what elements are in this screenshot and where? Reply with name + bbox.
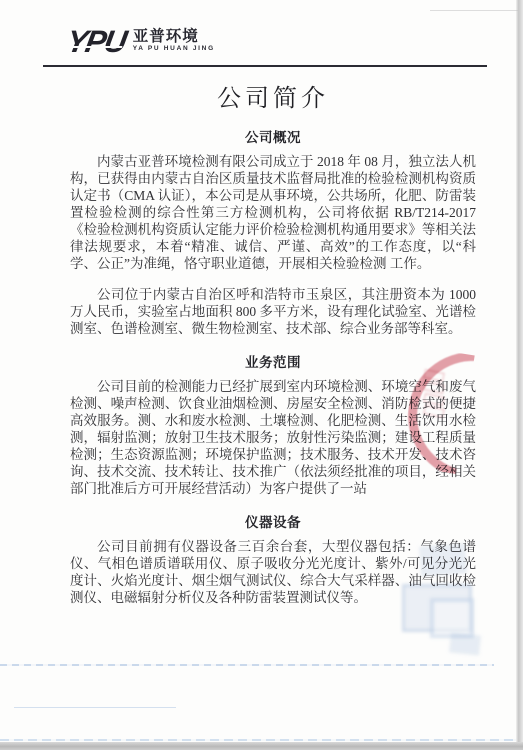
scan-fold-line xyxy=(0,664,494,666)
document-content: 公司简介 公司概况 内蒙古亚普环境检测有限公司成立于 2018 年 08 月，独… xyxy=(70,64,476,620)
section-heading: 仪器设备 xyxy=(70,511,476,531)
paragraph: 公司目前拥有仪器设备三百余台套，大型仪器包括：气象色谱仪、气相色谱质谱联用仪、原… xyxy=(70,538,476,606)
scan-fold-line xyxy=(0,739,516,741)
logo-brand-chinese: 亚普环境 xyxy=(133,28,215,45)
section-heading: 公司概况 xyxy=(70,126,476,146)
section-heading: 业务范围 xyxy=(70,351,476,371)
logo-brand-block: 亚普环境 YA PU HUAN JING xyxy=(133,27,215,52)
logo-mark-icon: YPU xyxy=(64,27,135,57)
paragraph: 公司目前的检测能力已经扩展到室内环境检测、环境空气和废气检测、噪声检测、饮食业油… xyxy=(70,378,476,497)
section-company-overview: 公司概况 内蒙古亚普环境检测有限公司成立于 2018 年 08 月，独立法人机构… xyxy=(70,126,476,337)
logo-brand-english: YA PU HUAN JING xyxy=(133,45,215,52)
page-right-edge xyxy=(516,0,523,750)
section-instruments: 仪器设备 公司目前拥有仪器设备三百余台套，大型仪器包括：气象色谱仪、气相色谱质谱… xyxy=(70,511,476,606)
company-logo: YPU 亚普环境 YA PU HUAN JING xyxy=(67,27,487,60)
paragraph: 公司位于内蒙古自治区呼和浩特市玉泉区，其注册资本为 1000 万人民币，实验室占… xyxy=(70,286,476,337)
page-bottom-edge xyxy=(0,742,523,750)
section-business-scope: 业务范围 公司目前的检测能力已经扩展到室内环境检测、环境空气和废气检测、噪声检测… xyxy=(70,351,476,497)
scan-fold-line xyxy=(14,707,176,708)
document-header: YPU 亚普环境 YA PU HUAN JING xyxy=(43,27,487,67)
paragraph: 内蒙古亚普环境检测有限公司成立于 2018 年 08 月，独立法人机构，已获得由… xyxy=(70,153,476,272)
ink-bleed-mark xyxy=(449,632,481,655)
scanned-document-page: YPU 亚普环境 YA PU HUAN JING 公司简介 公司概况 内蒙古亚普… xyxy=(0,0,523,750)
scan-artifact-line xyxy=(430,10,520,11)
page-title: 公司简介 xyxy=(70,78,476,113)
